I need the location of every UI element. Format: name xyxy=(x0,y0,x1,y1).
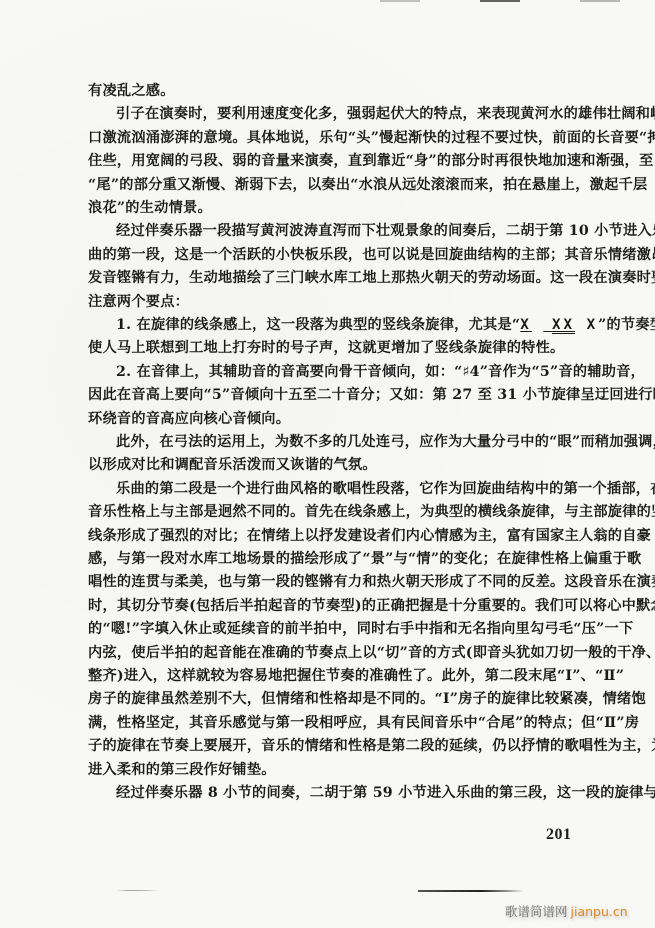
footer-rule xyxy=(116,890,158,891)
text-line: 发音铿锵有力，生动地描绘了三门峡水库工地上那热火朝天的劳动场面。这一段在演奏时要 xyxy=(88,267,598,290)
paragraph-start-line: 引子在演奏时，要利用速度变化多，强弱起伏大的特点，来表现黄河水的雄伟壮阔和峡 xyxy=(116,103,598,126)
text-line: 注意两个要点： xyxy=(88,291,189,314)
text-segment: 1. 在旋律的线条感上，这一段落为典型的竖线条旋律，尤其是“ xyxy=(116,317,520,333)
page-number: 201 xyxy=(546,826,572,844)
numbered-point-1-line: 1. 在旋律的线条感上，这一段落为典型的竖线条旋律，尤其是“X XX X”的节奏… xyxy=(116,314,655,337)
text-line: 时，其切分节奏(包括后半拍起音的节奏型)的正确把握是十分重要的。我们可以将心中默… xyxy=(88,595,598,618)
text-segment: ”的节奏型， xyxy=(598,317,655,333)
text-line: 的“嗯!”字填入休止或延续音的前半拍中，同时右手中指和无名指向里勾弓毛“压”一下 xyxy=(88,618,598,641)
watermark-site-name: 歌谱简谱网 xyxy=(505,904,568,919)
paragraph-start-line: 乐曲的第二段是一个进行曲风格的歌唱性段落，它作为回旋曲结构中的第一个插部，在 xyxy=(116,478,598,501)
rhythm-note: X xyxy=(520,317,532,333)
scan-edge-mark xyxy=(580,0,620,2)
text-line: 有凌乱之感。 xyxy=(88,80,175,103)
text-line: 因此在音高上要向“5”音倾向十五至二十音分；又如：第 27 至 31 小节旋律呈… xyxy=(88,384,598,407)
watermark: 歌谱简谱网jianpu.cn xyxy=(505,902,628,920)
text-line: 感，与第一段对水库工地场景的描绘形成了“景”与“情”的变化；在旋律性格上偏重于歌 xyxy=(88,548,598,571)
text-line: 唱性的连贯与柔美，也与第一段的铿锵有力和热火朝天形成了不同的反差。这段音乐在演奏 xyxy=(88,571,598,594)
scan-edge-mark xyxy=(480,0,520,2)
text-line: 住些，用宽阔的弓段、弱的音量来演奏，直到靠近“身”的部分时再很快地加速和渐强，至 xyxy=(88,150,598,173)
text-line: 曲的第一段，这是一个活跃的小快板乐段，也可以说是回旋曲结构的主部；其音乐情绪激昂… xyxy=(88,244,598,267)
text-line: 内弦，使后半拍的起音能在准确的节奏点上以“切”音的方式(即音头犹如刀切一般的干净… xyxy=(88,642,598,665)
text-line: 满，性格坚定，其音乐感觉与第一段相呼应，具有民间音乐中“合尾”的特点；但“Ⅱ”房 xyxy=(88,712,598,735)
rhythm-note-pair: XX xyxy=(552,317,575,333)
text-line: 口激流汹涌澎湃的意境。具体地说，乐句“头”慢起渐快的过程不要过快，前面的长音要“… xyxy=(88,127,598,150)
rhythm-note: X xyxy=(587,317,599,333)
text-line: 环绕音的音高应向核心音倾向。 xyxy=(88,408,290,431)
watermark-url: jianpu.cn xyxy=(571,904,628,919)
text-line: 使人马上联想到工地上打夯时的号子声，这就更增加了竖线条旋律的特性。 xyxy=(88,337,564,360)
text-line: 进入柔和的第三段作好铺垫。 xyxy=(88,759,276,782)
text-line: 以形成对比和调配音乐活泼而又诙谐的气氛。 xyxy=(88,454,377,477)
text-line: 房子的旋律虽然差别不大，但情绪和性格却是不同的。“Ⅰ”房子的旋律比较紧凑，情绪饱 xyxy=(88,688,598,711)
text-line: “尾”的部分重又渐慢、渐弱下去，以奏出“水浪从远处滚滚而来，拍在悬崖上，激起千层 xyxy=(88,174,598,197)
text-line: 整齐)进入，这样就较为容易地把握住节奏的准确性了。此外，第二段末尾“Ⅰ”、“Ⅱ” xyxy=(88,665,598,688)
rhythm-notation: X XX X xyxy=(520,314,598,337)
paragraph-start-line: 经过伴奏乐器 8 小节的间奏，二胡于第 59 小节进入乐曲的第三段，这一段的旋律… xyxy=(116,782,598,805)
numbered-point-2-line: 2. 在音律上，其辅助音的音高要向骨干音倾向，如：“♯4”音作为“5”音的辅助音… xyxy=(116,361,598,384)
text-line: 音乐性格上与主部是迥然不同的。首先在线条感上，为典型的横线条旋律，与主部旋律的竖 xyxy=(88,501,598,524)
text-line: 浪花”的生动情景。 xyxy=(88,197,212,220)
paragraph-start-line: 此外，在弓法的运用上，为数不多的几处连弓，应作为大量分弓中的“眼”而稍加强调， xyxy=(116,431,598,454)
text-line: 子的旋律在节奏上要展开，音乐的情绪和性格是第二段的延续，仍以抒情的歌唱性为主，为 xyxy=(88,735,598,758)
scan-edge-mark xyxy=(380,0,420,2)
book-page: 有凌乱之感。 引子在演奏时，要利用速度变化多，强弱起伏大的特点，来表现黄河水的雄… xyxy=(0,0,655,928)
footer-rule xyxy=(418,890,524,892)
text-line: 线条形成了强烈的对比；在情绪上以抒发建设者们内心情感为主，富有国家主人翁的自豪 xyxy=(88,525,598,548)
paragraph-start-line: 经过伴奏乐器一段描写黄河波涛直泻而下壮观景象的间奏后，二胡于第 10 小节进入乐 xyxy=(116,220,598,243)
